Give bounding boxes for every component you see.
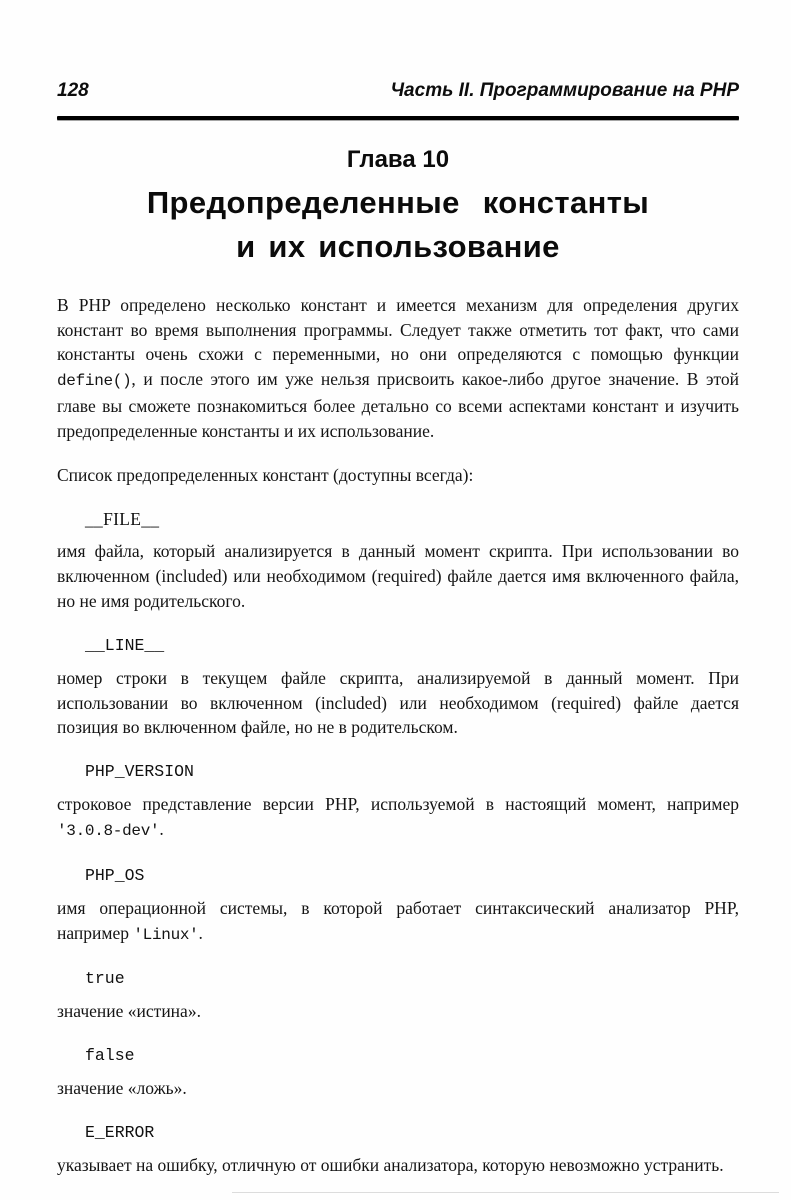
constant-entry-true: true значение «истина». [57, 968, 739, 1024]
page-header: 128 Часть II. Программирование на PHP [57, 80, 739, 102]
constant-entry-php-version: PHP_VERSION строковое представление верс… [57, 761, 739, 844]
constant-description: значение «истина». [57, 999, 739, 1024]
intro-paragraph: В PHP определено несколько констант и им… [57, 293, 739, 444]
constant-description: значение «ложь». [57, 1076, 739, 1101]
header-rule [57, 116, 739, 120]
chapter-title-line2: и их использование [57, 225, 739, 269]
constant-description: имя файла, который анализируется в данны… [57, 539, 739, 613]
constant-name: true [85, 968, 739, 990]
chapter-number: Глава 10 [57, 146, 739, 175]
description-text-end: . [198, 923, 202, 943]
constant-name: __LINE__ [85, 635, 739, 657]
constant-entry-e-error: E_ERROR указывает на ошибку, отличную от… [57, 1122, 739, 1178]
constant-entry-line: __LINE__ номер строки в текущем файле ск… [57, 635, 739, 740]
page-number: 128 [57, 80, 89, 102]
description-text: строковое представление версии PHP, испо… [57, 794, 739, 814]
constant-description: указывает на ошибку, отличную от ошибки … [57, 1153, 739, 1178]
constant-name: PHP_VERSION [85, 761, 739, 783]
constant-entry-php-os: PHP_OS имя операционной системы, в котор… [57, 865, 739, 948]
version-value-code: '3.0.8-dev' [57, 822, 159, 840]
chapter-title-line1: Предопределенные константы [57, 181, 739, 225]
constant-entry-false: false значение «ложь». [57, 1045, 739, 1101]
constant-description: номер строки в текущем файле скрипта, ан… [57, 666, 739, 740]
book-page: 128 Часть II. Программирование на PHP Гл… [0, 0, 791, 1200]
chapter-title: Предопределенные константы и их использо… [57, 181, 739, 269]
constant-name: __FILE__ [85, 508, 739, 530]
constant-name: PHP_OS [85, 865, 739, 887]
running-title: Часть II. Программирование на PHP [391, 80, 739, 102]
constant-description: имя операционной системы, в которой рабо… [57, 896, 739, 948]
constant-name: E_ERROR [85, 1122, 739, 1144]
constant-entry-file: __FILE__ имя файла, который анализируетс… [57, 508, 739, 613]
constant-name: false [85, 1045, 739, 1067]
intro-text-before-code: В PHP определено несколько констант и им… [57, 295, 739, 365]
define-function-code: define() [57, 372, 131, 390]
constant-description: строковое представление версии PHP, испо… [57, 792, 739, 844]
description-text-end: . [159, 819, 163, 839]
intro-text-after-code: , и после этого им уже нельзя присвоить … [57, 369, 739, 441]
os-value-code: 'Linux' [133, 926, 198, 944]
constants-list-intro: Список предопределенных констант (доступ… [57, 463, 739, 488]
scan-artifact-line [232, 1192, 779, 1193]
